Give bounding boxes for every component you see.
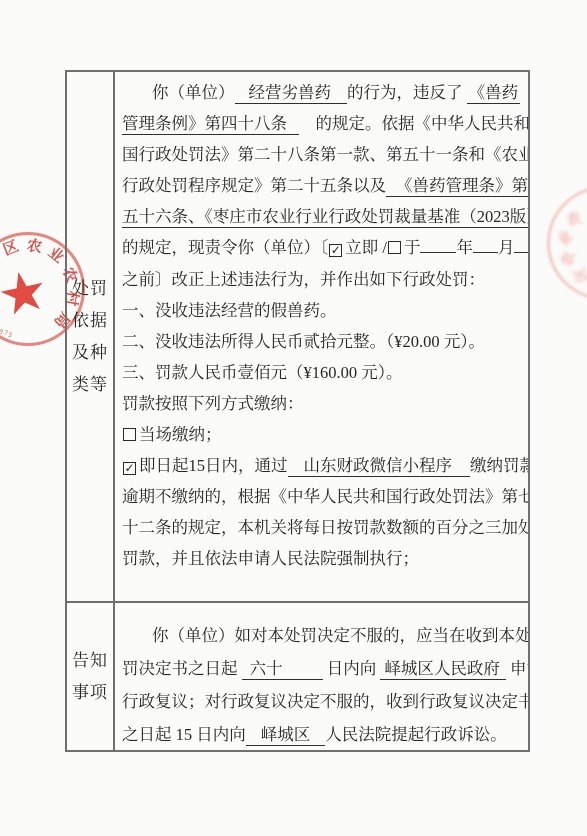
text-line: 三、罚款人民币壹佰元（¥160.00 元）。 bbox=[122, 357, 522, 388]
underlined-filled-text: 峄城区 bbox=[246, 725, 326, 746]
text-line: 逾期不缴纳的，根据《中华人民共和国行政处罚法》第七 bbox=[122, 481, 522, 512]
underlined-filled-text: 六十 bbox=[242, 659, 323, 680]
blank-fill-in-line bbox=[420, 238, 456, 253]
stamp-arc-character: 农 bbox=[557, 250, 579, 268]
text-segment: 罚款，并且依法申请人民法院强制执行； bbox=[122, 549, 419, 568]
text-line: 十二条的规定，本机关将每日按罚款数额的百分之三加处 bbox=[122, 512, 522, 543]
stamp-ring-faint bbox=[547, 186, 587, 300]
stamp-star-icon: ★ bbox=[0, 261, 53, 326]
text-line: 你（单位）经营劣兽药的行为，违反了 《兽药 bbox=[122, 77, 522, 108]
text-line: ✓即日起15日内，通过山东财政微信小程序缴纳罚款。 bbox=[122, 450, 522, 481]
text-segment: 即日起15日内，通过 bbox=[139, 456, 288, 475]
checkbox-empty-icon bbox=[388, 241, 401, 254]
text-line: 管理条例》第四十八条 的规定。依据《中华人民共和 bbox=[122, 108, 522, 139]
row-label-line: 及种 bbox=[72, 337, 108, 369]
text-segment: 当场缴纳； bbox=[139, 425, 222, 444]
text-line: 二、没收违法所得人民币贰拾元整。（¥20.00 元）。 bbox=[122, 326, 522, 357]
notification-content: 你（单位）如对本处罚决定不服的，应当在收到本处罚决定书之日起 六十 日内向 峄城… bbox=[115, 603, 528, 750]
text-segment: 一、没收违法经营的假兽药。 bbox=[122, 301, 337, 320]
text-segment: 的规定。依据《中华人民共和 bbox=[299, 114, 528, 133]
text-segment: 立即 / bbox=[345, 238, 387, 257]
text-line: 之日起 15 日内向峄城区人民法院提起行政诉讼。 bbox=[122, 718, 522, 750]
text-segment: 你（单位） bbox=[152, 83, 235, 102]
text-line: 之前〕改正上述违法行为，并作出如下行政处罚： bbox=[122, 264, 522, 295]
underlined-filled-text: 管理条例》第四十八条 bbox=[122, 114, 299, 135]
text-segment: 日内向 bbox=[323, 659, 381, 678]
stamp-arc-character: 区 bbox=[569, 265, 587, 285]
text-line: 一、没收违法经营的假兽药。 bbox=[122, 295, 522, 326]
text-line: 五十六条、《枣庄市农业行业行政处罚裁量基准（2023版）》 bbox=[122, 201, 522, 232]
text-line: 罚决定书之日起 六十 日内向 峄城区人民政府 申请 bbox=[122, 652, 522, 685]
row-label-line: 告知 bbox=[72, 645, 108, 677]
penalty-basis-content: 你（单位）经营劣兽药的行为，违反了 《兽药管理条例》第四十八条 的规定。依据《中… bbox=[115, 72, 528, 601]
text-line: 你（单位）如对本处罚决定不服的，应当在收到本处 bbox=[122, 619, 522, 652]
row-penalty-basis: 处罚依据及种类等 你（单位）经营劣兽药的行为，违反了 《兽药管理条例》第四十八条… bbox=[67, 72, 528, 603]
text-segment: 罚决定书之日起 bbox=[122, 659, 242, 678]
text-segment: 十二条的规定，本机关将每日按罚款数额的百分之三加处 bbox=[122, 518, 528, 537]
text-segment: 于 bbox=[404, 238, 421, 257]
text-segment: 年 bbox=[456, 238, 473, 257]
text-line: 行政处罚程序规定》第二十五条以及《兽药管理条》第 bbox=[122, 170, 522, 201]
text-segment: 行政处罚程序规定》第二十五条以及 bbox=[122, 176, 386, 195]
text-segment: 行政复议；对行政复议决定不服的，收到行政复议决定书 bbox=[122, 692, 528, 711]
checkbox-checked-icon: ✓ bbox=[123, 462, 136, 475]
text-segment: 的行为，违反了 bbox=[347, 83, 467, 102]
row-label-line: 事项 bbox=[72, 677, 108, 709]
row-label-line: 类等 bbox=[72, 369, 108, 401]
blank-fill-in-line bbox=[473, 238, 498, 253]
blank-fill-in-line bbox=[514, 238, 528, 253]
text-segment: 申请 bbox=[506, 659, 528, 678]
stamp-arc-character: 0 bbox=[0, 327, 4, 336]
underlined-filled-text: 《兽药 bbox=[467, 83, 521, 104]
row-label-penalty-basis-and-type: 处罚依据及种类等 bbox=[67, 72, 115, 601]
text-segment: 的规定，现责令你（单位）〔 bbox=[122, 238, 328, 257]
underlined-filled-text: 五十六条、《枣庄市农业行业行政处罚裁量基准（2023版）》 bbox=[122, 207, 528, 228]
penalty-decision-table: 处罚依据及种类等 你（单位）经营劣兽药的行为，违反了 《兽药管理条例》第四十八条… bbox=[65, 70, 530, 752]
text-line: 行政复议；对行政复议决定不服的，收到行政复议决定书 bbox=[122, 685, 522, 718]
text-segment: 之日起 15 日内向 bbox=[122, 725, 246, 744]
stamp-arc-character: 7 bbox=[2, 329, 8, 338]
text-segment: 逾期不缴纳的，根据《中华人民共和国行政处罚法》第七 bbox=[122, 487, 528, 506]
text-line: 当场缴纳； bbox=[122, 419, 522, 450]
text-segment: 二、没收违法所得人民币贰拾元整。（¥20.00 元）。 bbox=[122, 332, 485, 351]
text-segment: 月 bbox=[498, 238, 515, 257]
stamp-arc-character: 农 bbox=[565, 208, 583, 231]
text-segment: 人民法院提起行政诉讼。 bbox=[325, 725, 507, 744]
stamp-arc-character: 3 bbox=[7, 330, 13, 339]
text-segment: 罚款按照下列方式缴纳： bbox=[122, 394, 304, 413]
row-notification: 告知事项 你（单位）如对本处罚决定不服的，应当在收到本处罚决定书之日起 六十 日… bbox=[67, 603, 528, 750]
text-line: 罚款，并且依法申请人民法院强制执行； bbox=[122, 543, 522, 574]
text-segment: 缴纳罚款。 bbox=[470, 456, 528, 475]
checkbox-empty-icon bbox=[123, 428, 136, 441]
text-line: 的规定，现责令你（单位）〔✓立即 /于年月日 bbox=[122, 232, 522, 263]
row-label-line: 依据 bbox=[72, 305, 108, 337]
underlined-filled-text: 《兽药管理条》第 bbox=[386, 176, 528, 197]
stamp-arc-character: 农 bbox=[25, 234, 43, 257]
row-label-notification-items: 告知事项 bbox=[67, 603, 115, 750]
row-label-line: 处罚 bbox=[72, 273, 108, 305]
underlined-filled-text: 山东财政微信小程序 bbox=[288, 456, 471, 477]
text-segment: 之前〕改正上述违法行为，并作出如下行政处罚： bbox=[122, 270, 485, 289]
scanned-penalty-document: ★ 区农业农村局 37040111001 区农业农 处罚依据及种类等 你（单位）… bbox=[0, 0, 587, 836]
checkbox-checked-icon: ✓ bbox=[329, 244, 342, 257]
text-segment: 三、罚款人民币壹佰元（¥160.00 元）。 bbox=[122, 363, 403, 382]
text-line: 国行政处罚法》第二十八条第一款、第五十一条和《农业 bbox=[122, 139, 522, 170]
text-line: 罚款按照下列方式缴纳： bbox=[122, 388, 522, 419]
underlined-filled-text: 峄城区人民政府 bbox=[380, 659, 506, 680]
stamp-arc-character: 业 bbox=[553, 226, 577, 250]
stamp-arc-character: 区 bbox=[0, 235, 21, 260]
text-segment: 你（单位）如对本处罚决定不服的，应当在收到本处 bbox=[152, 626, 528, 645]
text-segment: 国行政处罚法》第二十八条第一款、第五十一条和《农业 bbox=[122, 145, 528, 164]
underlined-filled-text: 经营劣兽药 bbox=[235, 83, 348, 104]
